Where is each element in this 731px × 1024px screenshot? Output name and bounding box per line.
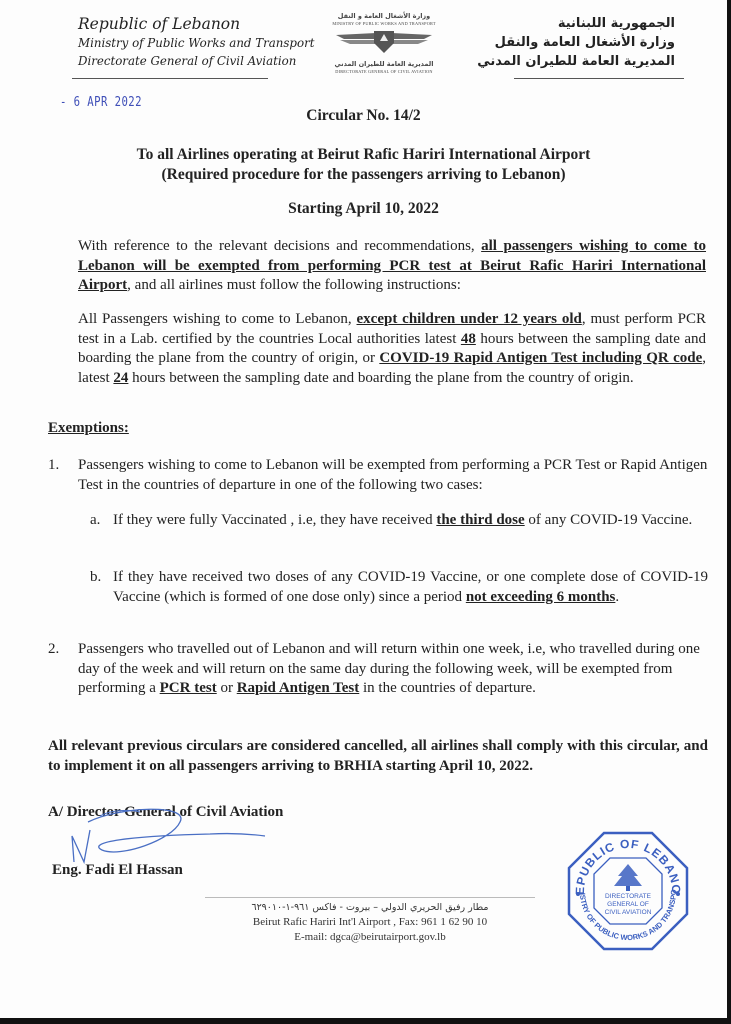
document-page: Republic of Lebanon Ministry of Public W… (0, 0, 727, 1018)
circular-number: Circular No. 14/2 (0, 107, 727, 125)
header-en-line3: Directorate General of Civil Aviation (78, 52, 314, 70)
ministry-logo: وزارة الأشغال العامة و النقل MINISTRY OF… (314, 12, 454, 75)
header-en-divider (72, 78, 268, 79)
official-seal-icon: REPUBLIC OF LEBANON MINISTRY OF PUBLIC W… (566, 830, 690, 952)
closing-statement: All relevant previous circulars are cons… (48, 736, 708, 776)
req-pcr-hours: 48 (461, 331, 476, 347)
req-antigen-hours: 24 (113, 370, 128, 386)
intro-text: With reference to the relevant decisions… (78, 238, 481, 254)
item-text-mid: or (217, 680, 237, 696)
item-text-post: in the countries of departure. (359, 680, 536, 696)
addressee-line1: To all Airlines operating at Beirut Rafi… (0, 145, 727, 165)
header-ar-line2: وزارة الأشغال العامة والنقل (477, 33, 675, 52)
req-text-5: hours between the sampling date and boar… (128, 370, 633, 386)
footer: مطار رفيق الحريري الدولي – بيروت - فاكس … (205, 900, 535, 945)
item-text: Passengers wishing to come to Lebanon wi… (78, 456, 708, 495)
item-text-post: . (615, 589, 619, 605)
header-en-line1: Republic of Lebanon (78, 14, 314, 34)
item-letter: a. (90, 511, 100, 531)
intro-text-end: , and all airlines must follow the follo… (127, 277, 461, 293)
item-text: If they have received two doses of any C… (113, 568, 708, 607)
header-english: Republic of Lebanon Ministry of Public W… (78, 14, 314, 70)
exemptions-heading: Exemptions: (48, 420, 129, 437)
svg-text:GENERAL OF: GENERAL OF (607, 901, 649, 908)
pcr-test-emphasis: PCR test (160, 680, 217, 696)
addressee: To all Airlines operating at Beirut Rafi… (0, 145, 727, 185)
header-ar-line3: المديرية العامة للطيران المدني (477, 52, 675, 71)
header-ar-divider (514, 78, 684, 79)
six-months-emphasis: not exceeding 6 months (466, 589, 616, 605)
logo-arabic-bottom: المديرية العامة للطيران المدني (314, 60, 454, 69)
intro-paragraph: With reference to the relevant decisions… (78, 237, 706, 296)
exemption-item-1: 1. Passengers wishing to come to Lebanon… (48, 456, 708, 495)
exemption-item-1b: b. If they have received two doses of an… (90, 568, 708, 607)
item-text: If they were fully Vaccinated , i.e, the… (113, 511, 708, 531)
addressee-line2: (Required procedure for the passengers a… (0, 165, 727, 185)
header-en-line2: Ministry of Public Works and Transport (78, 34, 314, 52)
winged-emblem-icon (334, 27, 434, 55)
third-dose-emphasis: the third dose (436, 512, 524, 528)
logo-english-bottom: DIRECTORATE GENERAL OF CIVIL AVIATION (314, 69, 454, 75)
item-number: 1. (48, 456, 59, 476)
item-letter: b. (90, 568, 101, 588)
handwritten-signature-icon (60, 800, 280, 870)
req-children-exception: except children under 12 years old (357, 311, 582, 327)
header-ar-line1: الجمهورية اللبنانية (477, 14, 675, 33)
footer-address: Beirut Rafic Hariri Int'l Airport , Fax:… (205, 915, 535, 930)
footer-email: E-mail: dgca@beirutairport.gov.lb (205, 930, 535, 945)
exemption-item-1a: a. If they were fully Vaccinated , i.e, … (90, 511, 708, 531)
requirements-paragraph: All Passengers wishing to come to Lebano… (78, 310, 706, 388)
signatory-name: Eng. Fadi El Hassan (52, 862, 183, 879)
item-text-pre: If they were fully Vaccinated , i.e, the… (113, 512, 436, 528)
footer-arabic: مطار رفيق الحريري الدولي – بيروت - فاكس … (205, 900, 535, 915)
item-text: Passengers who travelled out of Lebanon … (78, 640, 708, 699)
header-arabic: الجمهورية اللبنانية وزارة الأشغال العامة… (477, 14, 675, 71)
item-text-post: of any COVID-19 Vaccine. (525, 512, 693, 528)
svg-text:DIRECTORATE: DIRECTORATE (605, 893, 652, 900)
footer-divider (205, 897, 535, 898)
antigen-test-emphasis: Rapid Antigen Test (237, 680, 360, 696)
logo-arabic-top: وزارة الأشغال العامة و النقل (314, 12, 454, 21)
req-antigen-test: COVID-19 Rapid Antigen Test including QR… (379, 350, 702, 366)
item-number: 2. (48, 640, 59, 660)
starting-date: Starting April 10, 2022 (0, 200, 727, 218)
cedar-tree-icon (614, 864, 642, 891)
svg-text:CIVIL AVIATION: CIVIL AVIATION (605, 909, 652, 916)
req-text-1: All Passengers wishing to come to Lebano… (78, 311, 357, 327)
exemption-item-2: 2. Passengers who travelled out of Leban… (48, 640, 708, 699)
